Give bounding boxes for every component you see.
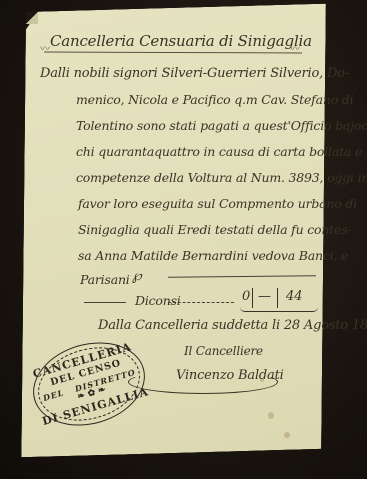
body-line-3: Tolentino sono stati pagati a quest'Offi… [76, 118, 367, 133]
sum-dotted-leader [168, 302, 234, 303]
signature-flourish [128, 370, 278, 394]
body-line-8: sa Anna Matilde Bernardini vedova Banci,… [78, 248, 348, 263]
sum-lead-line [84, 302, 126, 303]
body-line-7: Sinigaglia quali Eredi testati della fu … [78, 222, 351, 237]
sum-label: Diconsi [135, 293, 181, 308]
closing-line: Dalla Cancelleria suddetta li 28 Agosto … [98, 318, 367, 333]
amount-dash: — [258, 289, 271, 304]
stain [268, 412, 274, 419]
body-line-6: favor loro eseguita sul Compmento urbano… [78, 196, 357, 211]
signature-title: Il Cancelliere [184, 344, 263, 358]
stain [284, 432, 290, 438]
document-header: Cancelleria Censuaria di Sinigaglia [50, 32, 312, 50]
stain [260, 378, 264, 382]
sum-scudi: 0 [242, 289, 250, 304]
body-line-9: Parisani [80, 272, 130, 287]
body-line-5: competenze della Voltura al Num. 3893, o… [76, 170, 367, 185]
sum-baiocchi: 44 [286, 289, 303, 304]
amount-underline [240, 307, 318, 312]
header-ornament-left-icon: 〰 [40, 40, 50, 55]
body-line-1: Dalli nobili signori Silveri-Guerrieri S… [40, 66, 349, 81]
amount-divider [252, 288, 253, 308]
flourish-icon: ℘ [132, 268, 142, 284]
sum-amount: 0 — 44 [240, 288, 318, 308]
folded-corner [26, 12, 38, 24]
body-line-4: chi quarantaquattro in causa di carta bo… [76, 144, 362, 159]
amount-divider [277, 288, 278, 308]
body-line-2: menico, Nicola e Pacifico q.m Cav. Stefa… [76, 92, 353, 107]
